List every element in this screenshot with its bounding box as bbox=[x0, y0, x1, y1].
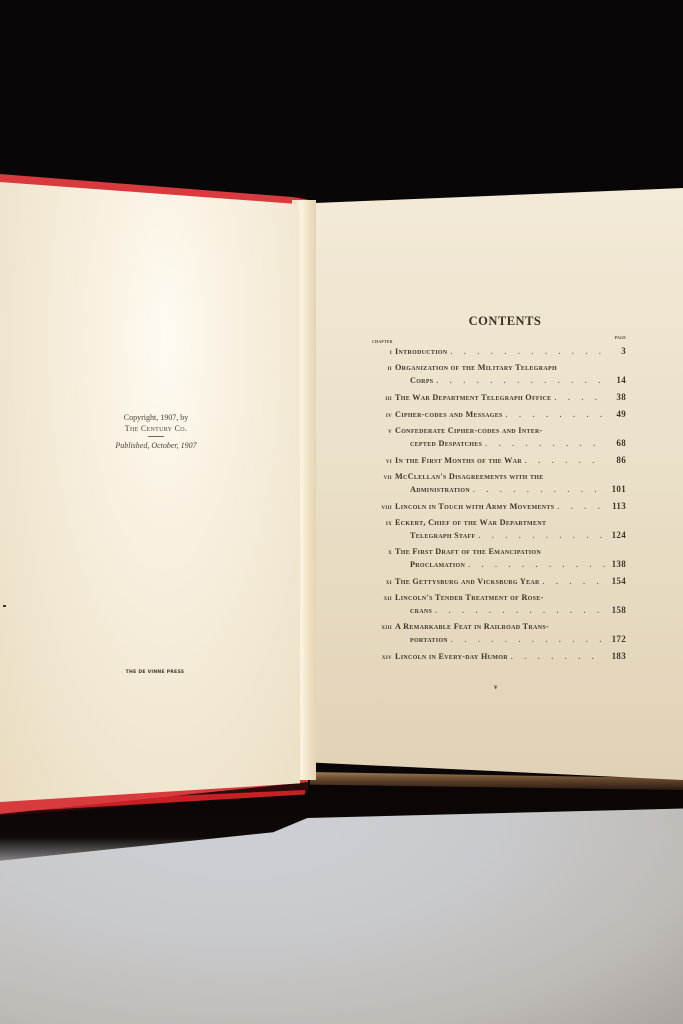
leader-dots: . . . . . . . . . . . . . . . . . . . . … bbox=[450, 346, 605, 358]
chapter-title: Organization of the Military Telegraph bbox=[395, 362, 557, 374]
page-number: 154 bbox=[608, 575, 626, 587]
leader-dots: . . . . . . . . . . . . . . . . . . . . … bbox=[554, 392, 605, 404]
leader-dots: . . . . . . . . . . . . . . . . . . . . … bbox=[557, 501, 605, 513]
toc-entry-line: Proclamation. . . . . . . . . . . . . . … bbox=[370, 558, 626, 571]
page-number: 113 bbox=[608, 500, 626, 512]
toc-entry: iIntroduction. . . . . . . . . . . . . .… bbox=[370, 345, 626, 358]
toc-entry: ivCipher-codes and Messages. . . . . . .… bbox=[370, 408, 626, 421]
toc-entry-line: vConfederate Cipher-codes and Inter- bbox=[370, 425, 626, 437]
chapter-title: Lincoln in Every-day Humor bbox=[395, 651, 508, 663]
toc-entry: viIn the First Months of the War. . . . … bbox=[370, 454, 626, 467]
page-number: 158 bbox=[608, 604, 626, 616]
toc-entry-line: viiiLincoln in Touch with Army Movements… bbox=[370, 500, 626, 513]
toc-entry: vConfederate Cipher-codes and Inter-cept… bbox=[370, 425, 626, 450]
toc-entries: iIntroduction. . . . . . . . . . . . . .… bbox=[370, 345, 626, 663]
toc-entry: xiiLincoln's Tender Treatment of Rose-cr… bbox=[370, 592, 626, 617]
leader-dots: . . . . . . . . . . . . . . . . . . . . … bbox=[525, 455, 605, 467]
leader-dots: . . . . . . . . . . . . . . . . . . . . … bbox=[478, 530, 605, 542]
chapter-title: crans bbox=[370, 605, 432, 617]
page-label: PAGE bbox=[615, 335, 626, 340]
toc-entry-line: crans. . . . . . . . . . . . . . . . . .… bbox=[370, 604, 626, 617]
copyright-line: Copyright, 1907, by bbox=[86, 412, 226, 423]
toc-entry: xivLincoln in Every-day Humor. . . . . .… bbox=[370, 650, 626, 663]
chapter-title: Cipher-codes and Messages bbox=[395, 409, 503, 421]
chapter-number: x bbox=[370, 546, 395, 558]
toc-entry-line: ivCipher-codes and Messages. . . . . . .… bbox=[370, 408, 626, 421]
chapter-number: ii bbox=[370, 362, 395, 374]
chapter-title: The Gettysburg and Vicksburg Year bbox=[395, 576, 540, 588]
page-number: 38 bbox=[608, 391, 626, 403]
chapter-number: vi bbox=[370, 455, 395, 467]
chapter-title: Corps bbox=[370, 375, 433, 387]
chapter-number: xiv bbox=[370, 651, 395, 663]
chapter-title: Eckert, Chief of the War Department bbox=[395, 517, 546, 529]
toc-entry: viiiLincoln in Touch with Army Movements… bbox=[370, 500, 626, 513]
table-of-contents: CONTENTS CHAPTER PAGE iIntroduction. . .… bbox=[370, 314, 626, 667]
leader-dots: . . . . . . . . . . . . . . . . . . . . … bbox=[451, 634, 605, 646]
divider bbox=[148, 436, 164, 437]
publisher-name: The Century Co. bbox=[86, 423, 226, 434]
toc-entry: iiOrganization of the Military Telegraph… bbox=[370, 362, 626, 387]
chapter-title: cepted Despatches bbox=[370, 438, 482, 450]
published-date: Published, October, 1907 bbox=[86, 440, 226, 451]
toc-entry-line: xiiiA Remarkable Feat in Railroad Trans- bbox=[370, 621, 626, 633]
toc-header: CHAPTER PAGE bbox=[370, 335, 626, 345]
leader-dots: . . . . . . . . . . . . . . . . . . . . … bbox=[473, 484, 605, 496]
chapter-title: The War Department Telegraph Office bbox=[395, 392, 551, 404]
chapter-title: A Remarkable Feat in Railroad Trans- bbox=[395, 621, 549, 633]
toc-entry-line: xiiLincoln's Tender Treatment of Rose- bbox=[370, 592, 626, 604]
leader-dots: . . . . . . . . . . . . . . . . . . . . … bbox=[485, 438, 605, 450]
leader-dots: . . . . . . . . . . . . . . . . . . . . … bbox=[506, 409, 605, 421]
page-number: 86 bbox=[608, 454, 626, 466]
page-number: 49 bbox=[608, 408, 626, 420]
page-number: 172 bbox=[608, 633, 626, 645]
leader-dots: . . . . . . . . . . . . . . . . . . . . … bbox=[436, 375, 605, 387]
toc-entry-line: viiMcClellan's Disagreements with the bbox=[370, 471, 626, 483]
chapter-number: viii bbox=[370, 501, 395, 513]
chapter-title: portation bbox=[370, 634, 448, 646]
toc-entry-line: viIn the First Months of the War. . . . … bbox=[370, 454, 626, 467]
chapter-title: Lincoln's Tender Treatment of Rose- bbox=[395, 592, 544, 604]
toc-entry-line: Corps. . . . . . . . . . . . . . . . . .… bbox=[370, 374, 626, 387]
page-number: 3 bbox=[608, 345, 626, 357]
chapter-number: i bbox=[370, 346, 395, 358]
leader-dots: . . . . . . . . . . . . . . . . . . . . … bbox=[543, 576, 605, 588]
toc-entry-line: iiiThe War Department Telegraph Office. … bbox=[370, 391, 626, 404]
toc-entry-line: Administration. . . . . . . . . . . . . … bbox=[370, 483, 626, 496]
toc-entry-line: portation. . . . . . . . . . . . . . . .… bbox=[370, 633, 626, 646]
toc-entry-line: iiOrganization of the Military Telegraph bbox=[370, 362, 626, 374]
page-number: 14 bbox=[608, 374, 626, 386]
chapter-number: vii bbox=[370, 471, 395, 483]
page-number: 183 bbox=[608, 650, 626, 662]
page-number: 124 bbox=[608, 529, 626, 541]
leader-dots: . . . . . . . . . . . . . . . . . . . . … bbox=[435, 605, 605, 617]
toc-entry-line: Telegraph Staff. . . . . . . . . . . . .… bbox=[370, 529, 626, 542]
contents-title: CONTENTS bbox=[370, 314, 626, 329]
chapter-number: ix bbox=[370, 517, 395, 529]
left-page bbox=[0, 182, 300, 802]
chapter-title: In the First Months of the War bbox=[395, 455, 522, 467]
chapter-title: Confederate Cipher-codes and Inter- bbox=[395, 425, 543, 437]
page-number: 138 bbox=[608, 558, 626, 570]
photo-scene: Copyright, 1907, by The Century Co. Publ… bbox=[0, 0, 683, 1024]
toc-entry: ixEckert, Chief of the War DepartmentTel… bbox=[370, 517, 626, 542]
toc-entry-line: ixEckert, Chief of the War Department bbox=[370, 517, 626, 529]
chapter-title: Telegraph Staff bbox=[370, 530, 475, 542]
chapter-label: CHAPTER bbox=[372, 339, 392, 344]
chapter-number: xii bbox=[370, 592, 395, 604]
toc-entry-line: xThe First Draft of the Emancipation bbox=[370, 546, 626, 558]
chapter-title: McClellan's Disagreements with the bbox=[395, 471, 544, 483]
toc-entry-line: xiThe Gettysburg and Vicksburg Year. . .… bbox=[370, 575, 626, 588]
chapter-title: Introduction bbox=[395, 346, 447, 358]
page-number: 101 bbox=[608, 483, 626, 495]
chapter-number: v bbox=[370, 425, 395, 437]
page-folio: v bbox=[494, 683, 498, 691]
toc-entry: xThe First Draft of the EmancipationProc… bbox=[370, 546, 626, 571]
chapter-number: xiii bbox=[370, 621, 395, 633]
chapter-title: Proclamation bbox=[370, 559, 465, 571]
toc-entry: xiThe Gettysburg and Vicksburg Year. . .… bbox=[370, 575, 626, 588]
leader-dots: . . . . . . . . . . . . . . . . . . . . … bbox=[468, 559, 605, 571]
toc-entry-line: iIntroduction. . . . . . . . . . . . . .… bbox=[370, 345, 626, 358]
toc-entry-line: cepted Despatches. . . . . . . . . . . .… bbox=[370, 437, 626, 450]
chapter-title: The First Draft of the Emancipation bbox=[395, 546, 541, 558]
toc-entry: xiiiA Remarkable Feat in Railroad Trans-… bbox=[370, 621, 626, 646]
paper-speck bbox=[3, 605, 6, 607]
chapter-number: iv bbox=[370, 409, 395, 421]
press-imprint: THE DE VINNE PRESS bbox=[100, 670, 210, 675]
leader-dots: . . . . . . . . . . . . . . . . . . . . … bbox=[511, 651, 605, 663]
toc-entry-line: xivLincoln in Every-day Humor. . . . . .… bbox=[370, 650, 626, 663]
copyright-imprint: Copyright, 1907, by The Century Co. Publ… bbox=[86, 412, 226, 451]
toc-entry: viiMcClellan's Disagreements with theAdm… bbox=[370, 471, 626, 496]
page-number: 68 bbox=[608, 437, 626, 449]
chapter-number: iii bbox=[370, 392, 395, 404]
chapter-number: xi bbox=[370, 576, 395, 588]
toc-entry: iiiThe War Department Telegraph Office. … bbox=[370, 391, 626, 404]
chapter-title: Administration bbox=[370, 484, 470, 496]
chapter-title: Lincoln in Touch with Army Movements bbox=[395, 501, 554, 513]
